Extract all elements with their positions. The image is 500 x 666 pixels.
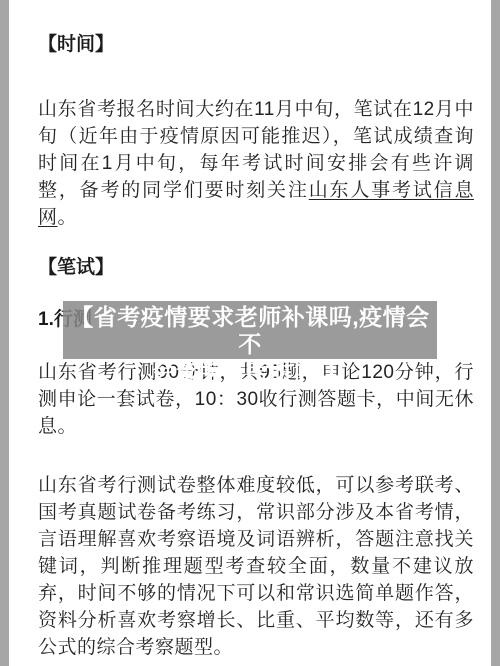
paragraph-exam-time: 山东省考报名时间大约在11月中旬，笔试在12月中旬（近年由于疫情原因可能推迟），…	[38, 96, 474, 231]
watermark-title-line2: 会影响省考时间,】	[63, 358, 437, 385]
section-heading-time: 【时间】	[38, 34, 474, 56]
paragraph-exam-time-tail: 。	[58, 207, 78, 228]
section-heading-written-exam: 【笔试】	[38, 257, 474, 279]
watermark-title-line1: 【省考疫情要求老师补课吗,疫情会不	[63, 304, 437, 358]
watermark-title-overlay: 【省考疫情要求老师补课吗,疫情会不 会影响省考时间,】	[63, 301, 437, 359]
paragraph-exam-difficulty: 山东省考行测试卷整体难度较低，可以参考联考、国考真题试卷备考练习，常识部分涉及本…	[38, 472, 474, 661]
